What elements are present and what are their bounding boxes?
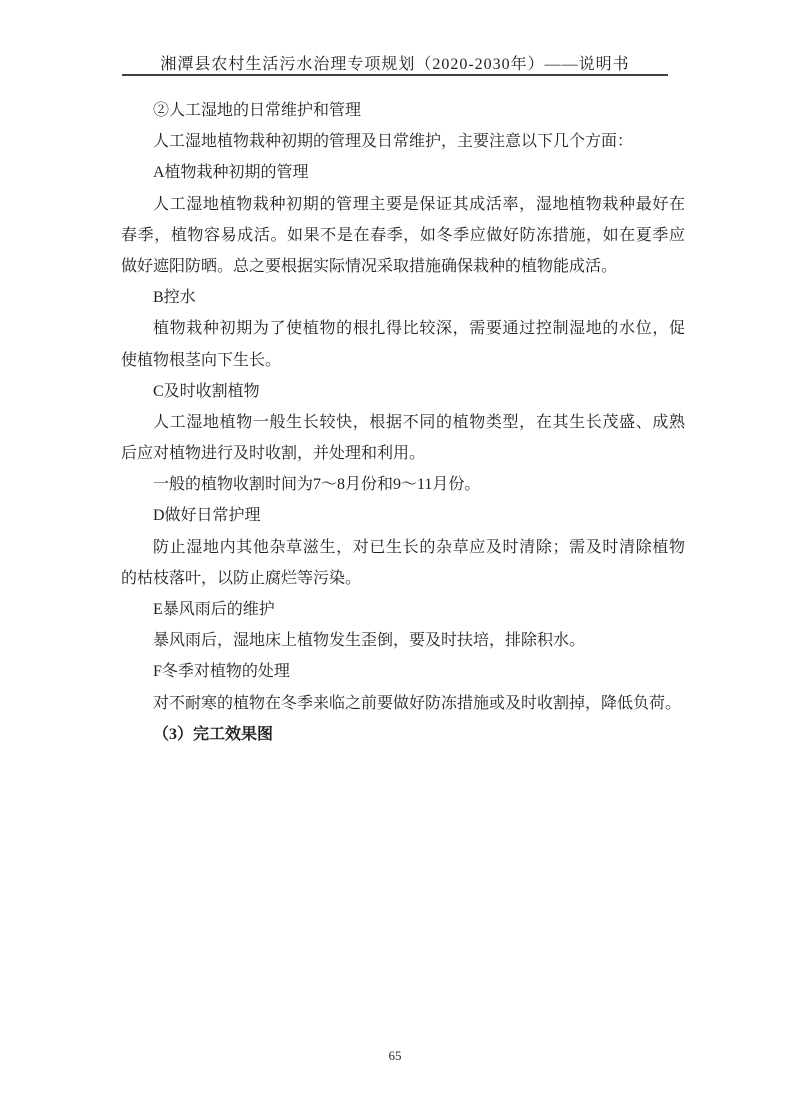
text-line: 使植物根茎向下生长。 — [121, 345, 685, 376]
document-body: ②人工湿地的日常维护和管理人工湿地植物栽种初期的管理及日常维护，主要注意以下几个… — [121, 95, 685, 750]
text-line: 对不耐寒的植物在冬季来临之前要做好防冻措施或及时收割掉，降低负荷。 — [121, 688, 685, 719]
text-line: 的枯枝落叶，以防止腐烂等污染。 — [121, 563, 685, 594]
text-line: 防止湿地内其他杂草滋生，对已生长的杂草应及时清除；需及时清除植物 — [121, 532, 685, 563]
text-line: 春季，植物容易成活。如果不是在春季，如冬季应做好防冻措施，如在夏季应 — [121, 220, 685, 251]
text-line: A植物栽种初期的管理 — [121, 157, 685, 188]
page-number: 65 — [0, 1048, 790, 1064]
text-line: 做好遮阳防晒。总之要根据实际情况采取措施确保栽种的植物能成活。 — [121, 251, 685, 282]
header-rule-divider — [122, 74, 668, 76]
text-line: ②人工湿地的日常维护和管理 — [121, 95, 685, 126]
document-page: 湘潭县农村生活污水治理专项规划（2020-2030年）——说明书 ②人工湿地的日… — [0, 0, 790, 1118]
text-line: D做好日常护理 — [121, 500, 685, 531]
text-line: 植物栽种初期为了使植物的根扎得比较深，需要通过控制湿地的水位，促 — [121, 313, 685, 344]
text-line: C及时收割植物 — [121, 376, 685, 407]
text-line: E暴风雨后的维护 — [121, 594, 685, 625]
text-line: 暴风雨后，湿地床上植物发生歪倒，要及时扶培，排除积水。 — [121, 625, 685, 656]
text-line: B控水 — [121, 282, 685, 313]
text-line: 一般的植物收割时间为7～8月份和9～11月份。 — [121, 469, 685, 500]
text-line: F冬季对植物的处理 — [121, 656, 685, 687]
text-line: 人工湿地植物栽种初期的管理主要是保证其成活率，湿地植物栽种最好在 — [121, 189, 685, 220]
text-line: 后应对植物进行及时收割，并处理和利用。 — [121, 438, 685, 469]
text-line: 人工湿地植物一般生长较快，根据不同的植物类型，在其生长茂盛、成熟 — [121, 407, 685, 438]
header-title: 湘潭县农村生活污水治理专项规划（2020-2030年）——说明书 — [122, 51, 668, 74]
section-heading: （3）完工效果图 — [121, 719, 685, 750]
text-line: 人工湿地植物栽种初期的管理及日常维护，主要注意以下几个方面： — [121, 126, 685, 157]
